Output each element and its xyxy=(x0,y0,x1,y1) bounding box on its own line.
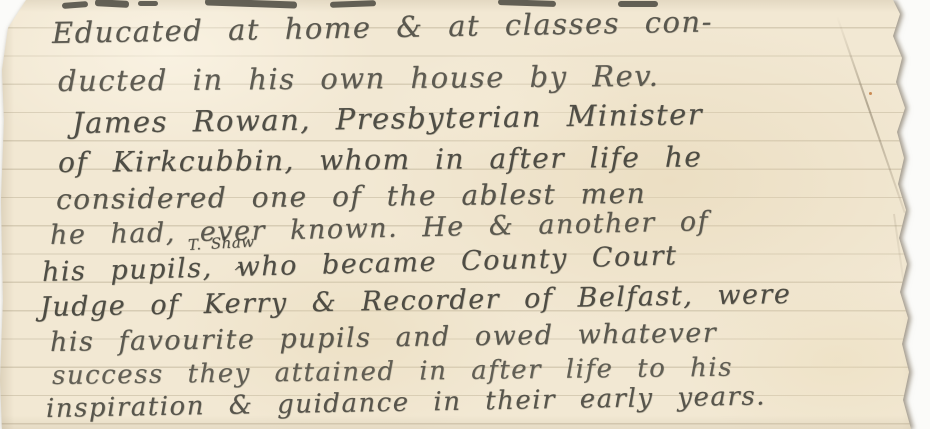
handwritten-line: Judge of Kerry & Recorder of Belfast, we… xyxy=(40,279,792,323)
paper-crease-line xyxy=(893,214,912,333)
handwritten-line: of Kirkcubbin, whom in after life he xyxy=(58,140,703,179)
interlinear-insertion: T. Shaw xyxy=(188,233,255,254)
manuscript-page: Educated at home & at classes con- ducte… xyxy=(0,0,930,429)
foxing-speck xyxy=(912,105,917,110)
cut-stroke xyxy=(95,0,129,8)
cut-stroke xyxy=(62,1,88,9)
cut-stroke xyxy=(498,0,556,7)
cut-stroke xyxy=(330,0,376,8)
scanned-document-background: Educated at home & at classes con- ducte… xyxy=(0,0,930,429)
paper-crease-line xyxy=(836,16,906,213)
foxing-speck xyxy=(869,92,872,95)
cut-stroke xyxy=(138,1,158,6)
handwritten-line: his favourite pupils and owed whatever xyxy=(50,318,718,358)
cut-stroke xyxy=(205,0,297,9)
handwritten-line: James Rowan, Presbyterian Minister xyxy=(72,97,704,140)
insertion-caret-mark: ^ xyxy=(233,263,247,281)
handwritten-line: ducted in his own house by Rev. xyxy=(58,59,660,98)
paper-shadow-wrap: Educated at home & at classes con- ducte… xyxy=(0,0,930,429)
handwritten-line: Educated at home & at classes con- xyxy=(52,4,713,50)
